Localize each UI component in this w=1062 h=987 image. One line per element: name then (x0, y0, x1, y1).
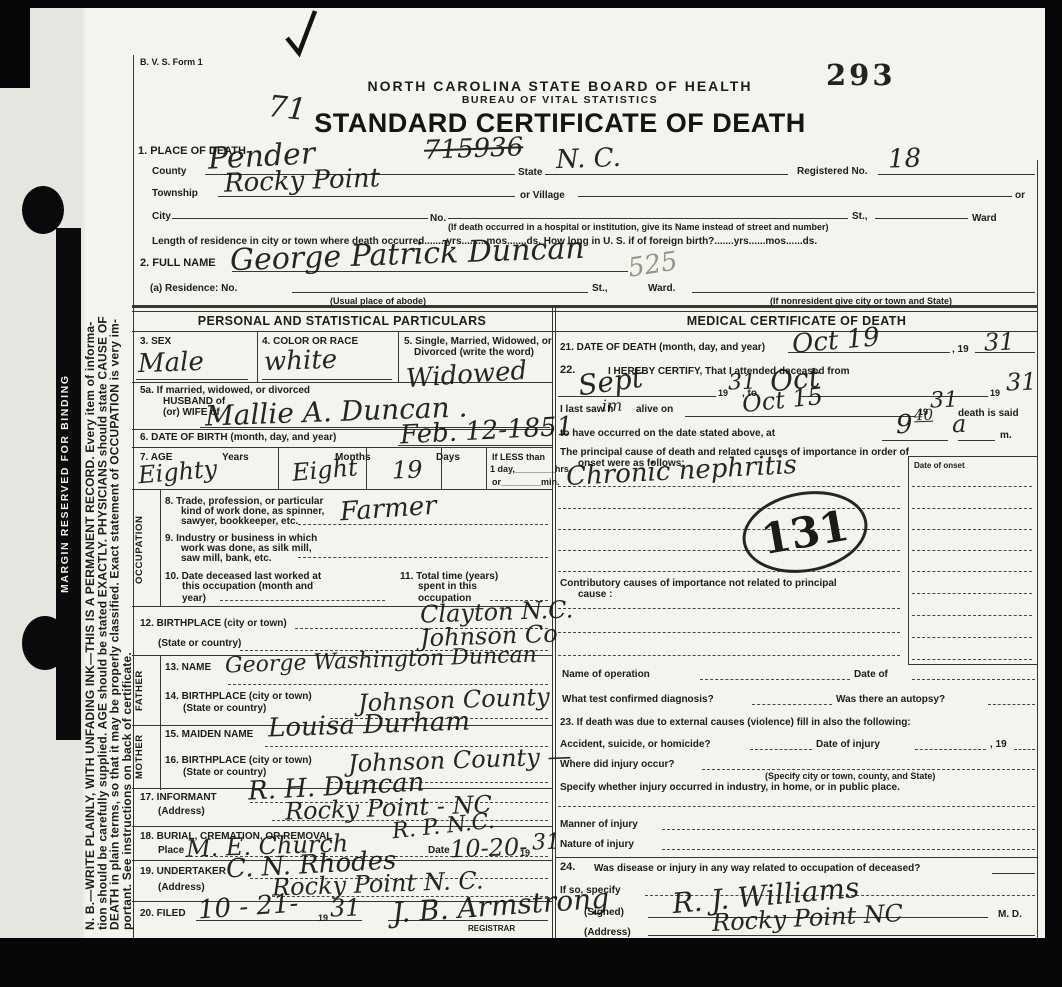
m-print-label: m. (1000, 430, 1012, 441)
rule-line (160, 655, 161, 790)
rule-line (172, 218, 428, 219)
county-label: County (152, 166, 186, 177)
dod-year-value: 31 (984, 329, 1015, 354)
rule-line (912, 593, 1032, 594)
injury-date-label: Date of injury (816, 739, 880, 750)
rule-line (878, 174, 1035, 175)
rule-line (262, 379, 392, 380)
rule-line (160, 489, 161, 606)
birthplace-label: 12. BIRTHPLACE (city or town) (140, 618, 287, 629)
test-label: What test confirmed diagnosis? (562, 694, 714, 705)
checkmark-icon (282, 8, 320, 58)
rule-line (992, 873, 1035, 874)
rule-line (800, 396, 988, 397)
ifless-label-3: or________min. (492, 477, 560, 488)
board-title: NORTH CAROLINA STATE BOARD OF HEALTH (285, 78, 835, 94)
father-birthplace-label: 14. BIRTHPLACE (city or town) (165, 691, 312, 702)
township-label: Township (152, 188, 198, 199)
burial-date-value: 10-20- (450, 835, 528, 862)
rule-line (132, 447, 552, 448)
rule-line (558, 655, 900, 656)
rule-line (912, 679, 1035, 680)
father-state-label: (State or country) (183, 703, 266, 714)
rule-line (882, 440, 948, 441)
rule-line (908, 456, 1037, 457)
industry-label-3: saw mill, bank, etc. (181, 553, 272, 564)
village-label: or Village (520, 190, 565, 201)
rule-line (292, 292, 588, 293)
rule-line (558, 571, 900, 572)
rule-line (662, 849, 1035, 850)
to-19-print: 19 (990, 388, 1000, 399)
external-causes-label: 23. If death was due to external causes … (560, 717, 911, 728)
undertaker-address-label: (Address) (158, 882, 205, 893)
ifless-label-2: 1 day,________hrs. (490, 464, 571, 475)
accident-label: Accident, suicide, or homicide? (560, 739, 711, 750)
nb-line-4: portant. See instructions on back of cer… (121, 44, 133, 930)
rule-line (648, 935, 1035, 936)
binding-margin-text: MARGIN RESERVED FOR BINDING (59, 232, 79, 736)
rule-line (912, 550, 1032, 551)
rule-line (558, 806, 1035, 807)
burial-date-label: Date (428, 845, 450, 856)
residence-label: (a) Residence: No. (150, 283, 237, 294)
marital-label-1: 5. Single, Married, Widowed, or (404, 336, 552, 347)
rule-line (1014, 749, 1035, 750)
bureau-subtitle: BUREAU OF VITAL STATISTICS (285, 94, 835, 106)
scan-edge-bottom (0, 938, 1062, 987)
maiden-name-label: 15. MAIDEN NAME (165, 729, 253, 740)
dod-19-print: , 19 (952, 344, 969, 355)
rule-line (132, 489, 552, 490)
handwritten-number-71: 71 (267, 92, 308, 126)
rule-line (132, 311, 1037, 312)
sex-value: Male (138, 349, 205, 377)
mother-side-label: MOTHER (134, 726, 160, 788)
rule-line (578, 196, 1012, 197)
rule-line (132, 331, 1037, 332)
dob-label: 6. DATE OF BIRTH (month, day, and year) (140, 432, 336, 443)
state-label: State (518, 167, 542, 178)
binder-hole-top (22, 186, 64, 234)
burial-place-label: Place (158, 845, 184, 856)
rule-line (912, 508, 1032, 509)
registrar-label: REGISTRAR (468, 923, 515, 934)
rule-line (912, 486, 1032, 487)
registered-no-value: 18 (888, 145, 922, 172)
scan-edge-right (1045, 0, 1062, 987)
alive-on-label: alive on (636, 404, 673, 415)
nb-margin-note: N. B.—WRITE PLAINLY, WITH UNFADING INK—T… (84, 44, 134, 930)
state-value: N. C. (556, 145, 622, 173)
rule-line (136, 379, 248, 380)
operation-label: Name of operation (562, 669, 650, 680)
township-value: Rocky Point (224, 165, 381, 196)
rule-line (988, 704, 1035, 705)
ifless-label-1: If LESS than (492, 452, 545, 463)
scan-edge-top (0, 0, 1062, 8)
rule-line (908, 456, 909, 664)
filed-date-value: 10 - 21- (197, 891, 299, 924)
rule-line (912, 571, 1032, 572)
total-time-label-2: spent in this (418, 581, 477, 592)
residence-ward-label: Ward. (648, 283, 675, 294)
no-label: No. (430, 213, 446, 224)
nb-line-2: tion should be carefully supplied. AGE s… (96, 44, 108, 930)
time-minutes-value: 40 (914, 408, 934, 424)
father-name-label: 13. NAME (165, 662, 211, 673)
rule-line (486, 447, 487, 489)
rule-line (220, 600, 385, 601)
nonresident-note: (If nonresident give city or town and St… (770, 296, 952, 307)
rule-line (958, 440, 995, 441)
abode-note: (Usual place of abode) (330, 296, 426, 307)
full-name-label: 2. FULL NAME (140, 258, 216, 269)
item-22-number: 22. (560, 365, 575, 376)
specify-city-note: (Specify city or town, county, and State… (765, 771, 935, 782)
related-occupation-label: Was disease or injury in any way related… (594, 863, 920, 874)
medical-section-header: MEDICAL CERTIFICATE OF DEATH (556, 316, 1037, 327)
city-label: City (152, 211, 171, 222)
age-days-label: Days (436, 452, 460, 463)
personal-section-header: PERSONAL AND STATISTICAL PARTICULARS (132, 316, 552, 327)
rule-line (556, 857, 1037, 858)
contributory-label-1: Contributory causes of importance not re… (560, 578, 837, 589)
rule-line (685, 416, 915, 417)
md-label: M. D. (998, 909, 1022, 920)
residence-st-label: St., (592, 283, 608, 294)
rule-line (448, 218, 848, 219)
burial-year-value: 31 (532, 832, 561, 855)
filed-year-value: 31 (330, 895, 361, 920)
rule-line (908, 664, 1037, 665)
trade-value: Farmer (339, 493, 437, 526)
st-label: St., (852, 211, 868, 222)
age-years-value: Eighty (137, 457, 218, 488)
rule-line (702, 769, 1035, 770)
maiden-name-value: Louisa Durham (268, 708, 471, 741)
mother-birthplace-label: 16. BIRTHPLACE (city or town) (165, 755, 312, 766)
to-year-value: 31 (1006, 369, 1037, 394)
rule-line (750, 749, 812, 750)
informant-address-label: (Address) (158, 806, 205, 817)
father-side-label: FATHER (134, 660, 160, 722)
rule-line (1037, 160, 1038, 938)
rule-line (257, 331, 258, 382)
filed-19-print: 19 (318, 913, 328, 924)
specify-industry-label: Specify whether injury occurred in indus… (560, 782, 900, 793)
undertaker-label: 19. UNDERTAKER (140, 866, 226, 877)
rule-line (915, 749, 986, 750)
sex-label: 3. SEX (140, 336, 171, 347)
or-label: or (1015, 190, 1025, 201)
hospital-note: (If death occurred in a hospital or inst… (448, 222, 829, 233)
rule-line (912, 529, 1032, 530)
date-of-death-value: Oct 19 (791, 324, 881, 358)
marital-value: Widowed (405, 358, 528, 392)
rule-line (752, 704, 832, 705)
registered-no-label: Registered No. (797, 166, 868, 177)
rule-line (662, 829, 1035, 830)
contributory-label-2: cause : (578, 589, 612, 600)
date-of-onset-label: Date of onset (914, 460, 965, 471)
struck-number: 715936 (424, 134, 524, 163)
where-injury-label: Where did injury occur? (560, 759, 674, 770)
occurred-label: to have occurred on the date stated abov… (560, 428, 775, 439)
rule-line (558, 632, 900, 633)
date-of-death-label: 21. DATE OF DEATH (month, day, and year) (560, 342, 765, 353)
rule-line (875, 218, 968, 219)
pencil-annotation: 525 (626, 248, 679, 281)
trade-label-3: sawyer, bookkeeper, etc. (181, 516, 298, 527)
age-months-value: Eight (291, 455, 359, 485)
scan-corner-block (0, 8, 30, 88)
rule-line (912, 615, 1032, 616)
race-value: white (264, 347, 338, 376)
filed-label: 20. FILED (140, 908, 186, 919)
certificate-number: 293 (826, 58, 896, 92)
rule-line (278, 447, 279, 489)
rule-line (912, 659, 1032, 660)
ward-label: Ward (972, 213, 997, 224)
spouse-label: 5a. If married, widowed, or divorced (140, 385, 310, 396)
time-hour-value: 9 (896, 412, 913, 439)
rule-line (912, 637, 1032, 638)
last-worked-label-2: this occupation (month and (182, 581, 313, 592)
last-worked-label-3: year) (182, 593, 206, 604)
nature-of-injury-label: Nature of injury (560, 839, 634, 850)
occupation-side-label: OCCUPATION (134, 500, 160, 600)
am-value: a (952, 412, 967, 436)
autopsy-label: Was there an autopsy? (836, 694, 945, 705)
death-said-label: death is said (958, 408, 1019, 419)
age-years-label: Years (222, 452, 249, 463)
rule-line (558, 608, 900, 609)
rule-line (398, 331, 399, 382)
from-19-print: 19 (718, 388, 728, 399)
manner-of-injury-label: Manner of injury (560, 819, 638, 830)
last-saw-fill: im (602, 398, 623, 415)
rule-line (700, 679, 850, 680)
form-number: B. V. S. Form 1 (140, 57, 203, 68)
age-days-value: 19 (392, 457, 423, 482)
physician-address-label: (Address) (584, 927, 631, 938)
certificate-title: STANDARD CERTIFICATE OF DEATH (240, 108, 880, 139)
informant-label: 17. INFORMANT (140, 792, 217, 803)
item-24-number: 24. (560, 862, 575, 873)
birthplace-state-label: (State or country) (158, 638, 241, 649)
injury-19-print: , 19 (990, 739, 1007, 750)
rule-line (298, 524, 548, 525)
lastsaw-year-value: 31 (930, 390, 959, 413)
rule-line (298, 557, 548, 558)
rule-line (692, 292, 1035, 293)
operation-date-label: Date of (854, 669, 888, 680)
death-certificate-scan: MARGIN RESERVED FOR BINDING N. B.—WRITE … (0, 0, 1062, 987)
